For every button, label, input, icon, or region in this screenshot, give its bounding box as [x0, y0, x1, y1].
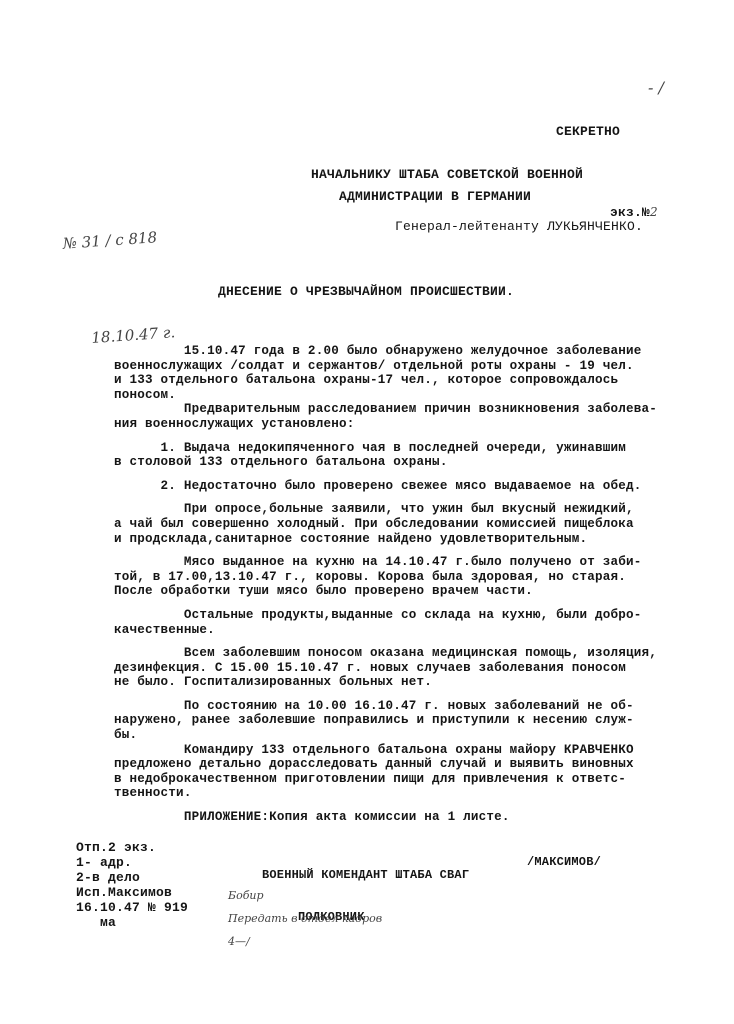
addressee-line-1: НАЧАЛЬНИКУ ШТАБА СОВЕТСКОЙ ВОЕННОЙ — [311, 164, 583, 186]
signature-name: /МАКСИМОВ/ — [527, 855, 601, 869]
body-paragraph: 15.10.47 года в 2.00 было обнаружено жел… — [114, 344, 694, 432]
classification-label: СЕКРЕТНО — [556, 122, 658, 142]
handwritten-note-line: Передать в отдел кадров — [228, 907, 382, 930]
document-title: ДНЕСЕНИЕ О ЧРЕЗВЫЧАЙНОМ ПРОИСШЕСТВИИ. — [218, 284, 514, 299]
handwritten-note-line: 4—/ — [228, 930, 382, 953]
distribution-list: Отп.2 экз.1- адр.2-в делоИсп.Максимов16.… — [76, 840, 188, 930]
distribution-line: Исп.Максимов — [76, 885, 188, 900]
body-paragraph: 2. Недостаточно было проверено свежее мя… — [114, 479, 694, 494]
body-paragraph: По состоянию на 10.00 16.10.47 г. новых … — [114, 699, 694, 801]
distribution-line: 1- адр. — [76, 855, 188, 870]
signature-position-line-1: ВОЕННЫЙ КОМЕНДАНТ ШТАБА СВАГ — [262, 868, 469, 882]
distribution-line: Отп.2 экз. — [76, 840, 188, 855]
addressee-line-3: Генерал-лейтенанту ЛУКЬЯНЧЕНКО. — [395, 216, 643, 238]
corner-handwritten-mark: - / — [648, 78, 664, 97]
distribution-line: 16.10.47 № 919 — [76, 900, 188, 915]
body-paragraph: При опросе,больные заявили, что ужин был… — [114, 502, 694, 546]
addressee-line-2: АДМИНИСТРАЦИИ В ГЕРМАНИИ — [339, 186, 531, 208]
handwritten-note-line: Бобир — [228, 884, 382, 907]
handwritten-notes: БобирПередать в отдел кадров4—/ — [228, 884, 382, 953]
body-paragraph: Всем заболевшим поносом оказана медицинс… — [114, 646, 694, 690]
addressee-block: НАЧАЛЬНИКУ ШТАБА СОВЕТСКОЙ ВОЕННОЙ АДМИН… — [0, 164, 734, 274]
distribution-line: ма — [76, 915, 188, 930]
document-page: СЕКРЕТНО экз.№2 - / № 31 / с 818 18.10.4… — [0, 0, 734, 1024]
distribution-line: 2-в дело — [76, 870, 188, 885]
body-paragraph: Остальные продукты,выданные со склада на… — [114, 608, 694, 637]
document-body: 15.10.47 года в 2.00 было обнаружено жел… — [114, 344, 694, 834]
body-paragraph: 1. Выдача недокипяченного чая в последне… — [114, 441, 694, 470]
body-paragraph: Мясо выданное на кухню на 14.10.47 г.был… — [114, 555, 694, 599]
body-paragraph: ПРИЛОЖЕНИЕ:Копия акта комиссии на 1 лист… — [114, 810, 694, 825]
